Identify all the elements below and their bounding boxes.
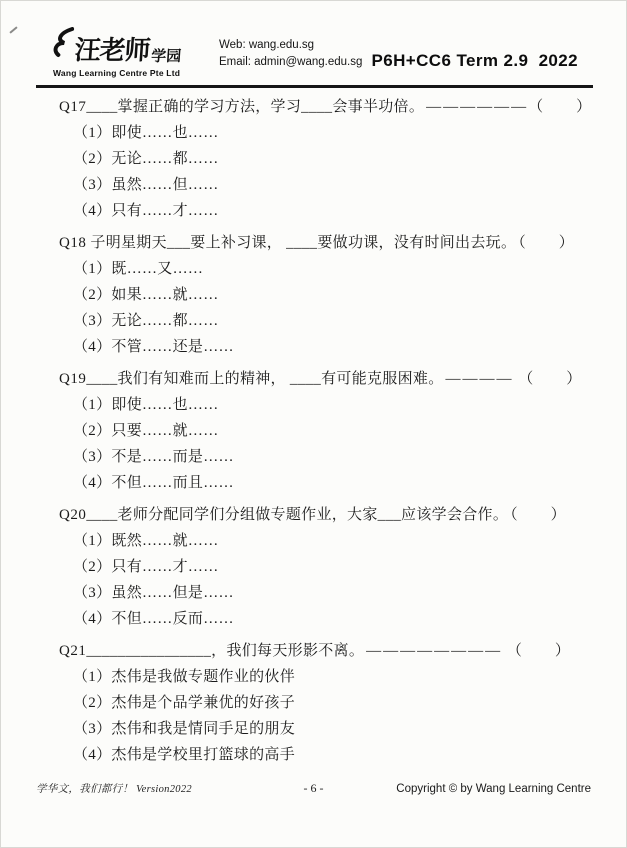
contact-email: Email: admin@wang.edu.sg [219, 54, 362, 71]
worksheet-page: 汪老师 学园 Wang Learning Centre Pte Ltd Web:… [0, 0, 627, 848]
question-line: Q21________________，我们每天形影不离。———————— （ … [59, 638, 596, 664]
logo-en-text: Wang Learning Centre Pte Ltd [53, 68, 213, 78]
option-4: （4）只有……才…… [59, 198, 596, 224]
question-text: ________________，我们每天形影不离。 [86, 643, 364, 659]
dash-leader: —————— [426, 99, 528, 115]
answer-bracket: （ ） [514, 371, 583, 387]
question-block-q17: Q17____掌握正确的学习方法，学习____会事半功倍。——————（ ） （… [59, 94, 596, 224]
option-3: （3）虽然……但…… [59, 172, 596, 198]
answer-bracket: （ ） [510, 507, 567, 523]
footer-slogan: 学华文，我们都行！ Version2022 [36, 781, 254, 796]
contact-web: Web: wang.edu.sg [219, 37, 362, 54]
option-4: （4）不但……反而…… [59, 606, 596, 632]
option-1: （1）杰伟是我做专题作业的伙伴 [59, 664, 596, 690]
answer-bracket: （ ） [502, 643, 571, 659]
option-2: （2）只要……就…… [59, 418, 596, 444]
question-text: ____我们有知难而上的精神， ____有可能克服困难。 [86, 371, 443, 387]
question-text: 子明星期天___要上补习课， ____要做功课，没有时间出去玩。 [86, 235, 516, 251]
logo-cn-sub-text: 学园 [151, 49, 182, 64]
question-line: Q20____老师分配同学们分组做专题作业，大家___应该学会合作。（ ） [59, 502, 596, 528]
question-number: Q20 [59, 507, 86, 523]
option-3: （3）无论……都…… [59, 308, 596, 334]
option-4: （4）不但……而且…… [59, 470, 596, 496]
document-title: P6H+CC6 Term 2.9 2022 [372, 51, 578, 71]
option-2: （2）杰伟是个品学兼优的好孩子 [59, 690, 596, 716]
option-1: （1）既……又…… [59, 256, 596, 282]
dash-leader: ———— [446, 371, 514, 387]
answer-bracket: （ ） [528, 99, 592, 115]
logo-row: 汪老师 学园 [52, 27, 215, 64]
option-2: （2）无论……都…… [59, 146, 596, 172]
option-4: （4）不管……还是…… [59, 334, 596, 360]
question-text: ____老师分配同学们分组做专题作业，大家___应该学会合作。 [86, 507, 508, 523]
question-number: Q19 [59, 371, 86, 387]
question-block-q19: Q19____我们有知难而上的精神， ____有可能克服困难。———— （ ） … [59, 366, 596, 496]
option-1: （1）即使……也…… [59, 120, 596, 146]
question-number: Q18 [59, 235, 86, 251]
option-3: （3）虽然……但是…… [59, 580, 596, 606]
contact-block: Web: wang.edu.sg Email: admin@wang.edu.s… [219, 37, 362, 71]
question-line: Q18 子明星期天___要上补习课， ____要做功课，没有时间出去玩。（ ） [59, 230, 596, 256]
copyright-text: Copyright © by Wang Learning Centre [374, 783, 592, 795]
answer-bracket: （ ） [518, 235, 575, 251]
question-text: ____掌握正确的学习方法，学习____会事半功倍。 [86, 99, 424, 115]
option-4: （4）杰伟是学校里打篮球的高手 [59, 742, 596, 768]
option-1: （1）既然……就…… [59, 528, 596, 554]
question-block-q18: Q18 子明星期天___要上补习课， ____要做功课，没有时间出去玩。（ ） … [59, 230, 596, 360]
option-2: （2）如果……就…… [59, 282, 596, 308]
question-line: Q17____掌握正确的学习方法，学习____会事半功倍。——————（ ） [59, 94, 596, 120]
question-number: Q17 [59, 99, 86, 115]
question-block-q20: Q20____老师分配同学们分组做专题作业，大家___应该学会合作。（ ） （1… [59, 502, 596, 632]
question-line: Q19____我们有知难而上的精神， ____有可能克服困难。———— （ ） [59, 366, 596, 392]
option-1: （1）即使……也…… [59, 392, 596, 418]
logo-cn-text: 汪老师 [74, 38, 151, 64]
question-number: Q21 [59, 643, 86, 659]
option-3: （3）杰伟和我是情同手足的朋友 [59, 716, 596, 742]
option-2: （2）只有……才…… [59, 554, 596, 580]
page-number: - 6 - [254, 781, 374, 796]
question-list: Q17____掌握正确的学习方法，学习____会事半功倍。——————（ ） （… [59, 94, 596, 774]
logo: 汪老师 学园 Wang Learning Centre Pte Ltd [53, 27, 213, 78]
dash-leader: ———————— [366, 643, 502, 659]
header-rule [36, 85, 593, 88]
option-3: （3）不是……而是…… [59, 444, 596, 470]
question-block-q21: Q21________________，我们每天形影不离。———————— （ … [59, 638, 596, 768]
header: 汪老师 学园 Wang Learning Centre Pte Ltd Web:… [1, 1, 626, 85]
footer: 学华文，我们都行！ Version2022 - 6 - Copyright © … [36, 781, 591, 796]
logo-swoosh-icon [52, 27, 75, 64]
